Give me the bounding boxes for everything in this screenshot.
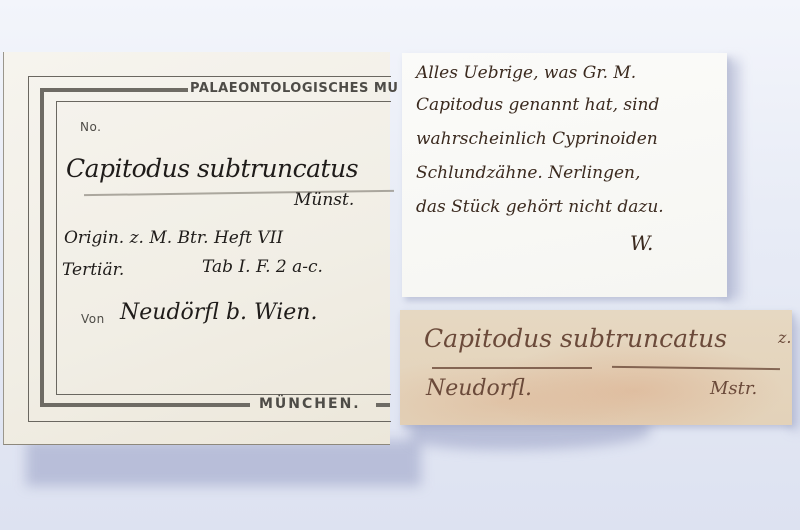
old-label-species: Capitodus subtruncatus — [424, 324, 727, 353]
old-specimen-label: Capitodus subtruncatus z. Neudorfl. Mstr… — [400, 310, 792, 425]
note-line-2: Capitodus genannt hat, sind — [416, 95, 659, 115]
note-line-4: Schlundzähne. Nerlingen, — [416, 163, 640, 183]
printed-from-label: Von — [81, 312, 105, 326]
note-line-5: das Stück gehört nicht dazu. — [416, 197, 664, 217]
old-label-author: Mstr. — [710, 378, 757, 399]
old-label-side-shadow — [792, 320, 800, 430]
label-bracket-tail — [376, 403, 390, 407]
old-label-locality: Neudorfl. — [426, 376, 532, 401]
note-card-shadow — [727, 60, 739, 300]
note-signature: W. — [630, 231, 653, 255]
label-inner-frame — [56, 101, 391, 395]
note-line-1: Alles Uebrige, was Gr. M. — [416, 63, 636, 83]
label-bracket-bottom-rule — [40, 403, 250, 407]
museum-specimen-label: PALAEONTOLOGISCHES MU MÜNCHEN. No. Von C… — [3, 52, 390, 445]
old-label-underline-right — [612, 366, 780, 370]
printed-number-label: No. — [80, 120, 101, 134]
handwritten-reference: Origin. z. M. Btr. Heft VII — [64, 228, 283, 248]
printed-city-footer: MÜNCHEN. — [259, 396, 361, 412]
handwritten-plate-reference: Tab I. F. 2 a-c. — [202, 257, 323, 277]
label-top-rule — [40, 88, 188, 92]
old-label-underline-left — [432, 367, 592, 369]
handwritten-author: Münst. — [294, 190, 354, 210]
handwritten-age: Tertiär. — [62, 260, 124, 280]
printed-museum-header: PALAEONTOLOGISCHES MU — [190, 81, 398, 96]
handwritten-note-card: Alles Uebrige, was Gr. M. Capitodus gena… — [402, 53, 727, 297]
museum-label-shadow — [26, 440, 421, 486]
handwritten-species-name: Capitodus subtruncatus — [66, 154, 358, 183]
note-line-3: wahrscheinlich Cyprinoiden — [416, 129, 658, 149]
old-label-suffix: z. — [778, 328, 792, 347]
handwritten-locality: Neudörfl b. Wien. — [120, 300, 317, 325]
